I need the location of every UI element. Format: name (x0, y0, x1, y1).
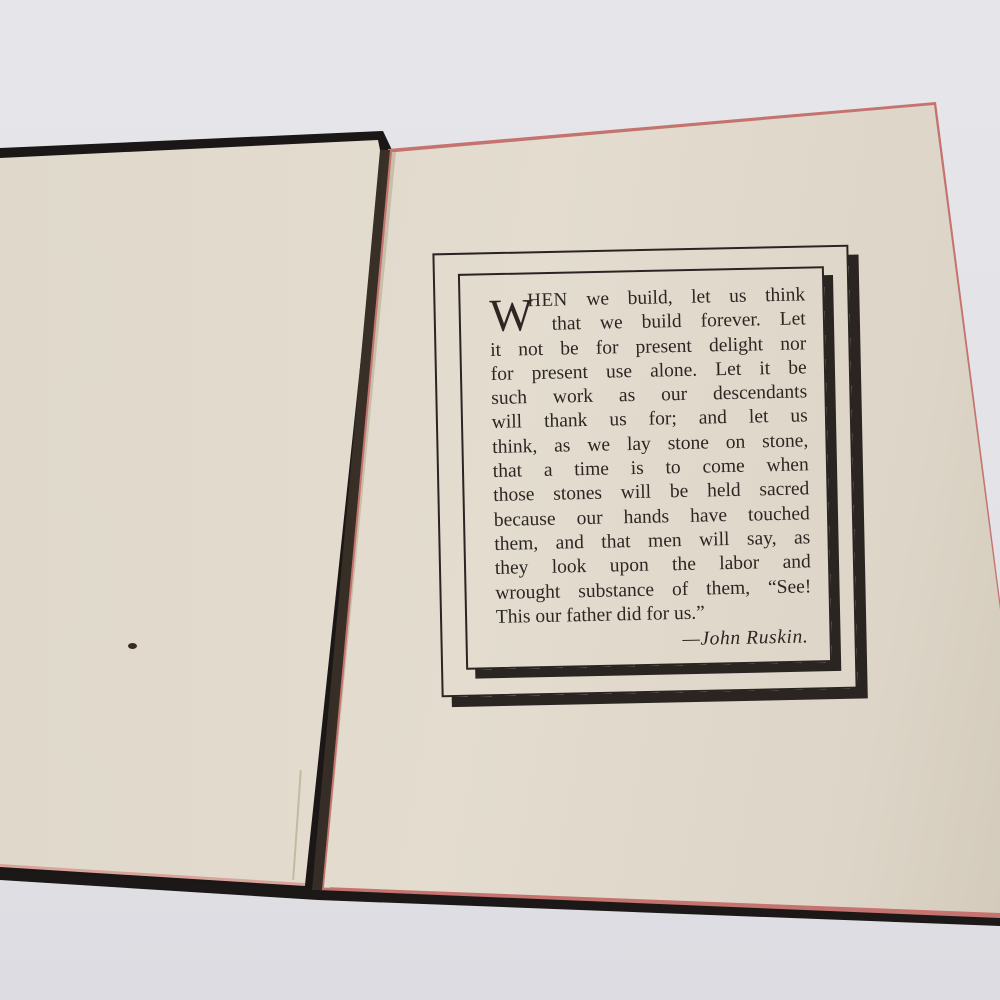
ruskin-quote: W HEN we build, let us think that we bui… (489, 283, 813, 656)
ink-spot (128, 643, 137, 649)
small-caps: HEN (527, 289, 568, 311)
photo-scene: W HEN we build, let us think that we bui… (0, 0, 1000, 1000)
drop-cap: W (489, 295, 533, 336)
